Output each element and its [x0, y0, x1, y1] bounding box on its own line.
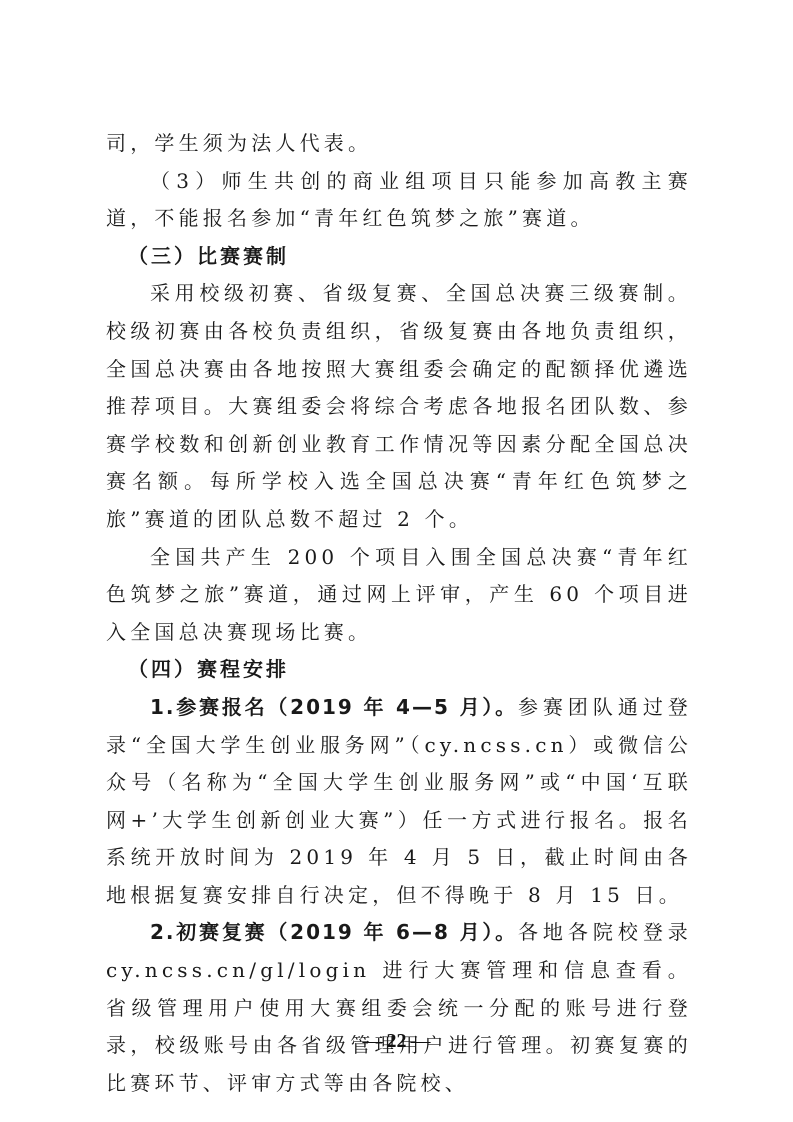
preliminary-text: 各地各院校登录 cy.ncss.cn/gl/login 进行大赛管理和信息查看。…: [106, 920, 692, 1094]
document-page: 司，学生须为法人代表。 （3）师生共创的商业组项目只能参加高教主赛道，不能报名参…: [0, 0, 793, 1122]
preliminary-label: 2.初赛复赛（2019 年 6—8 月）。: [150, 920, 518, 944]
page-dash-left: —: [363, 1030, 383, 1052]
page-number: —22—: [0, 1030, 793, 1053]
document-body: 司，学生须为法人代表。 （3）师生共创的商业组项目只能参加高教主赛道，不能报名参…: [106, 125, 692, 1102]
section-heading-competition-system: （三）比赛赛制: [106, 238, 692, 276]
paragraph-preliminary: 2.初赛复赛（2019 年 6—8 月）。各地各院校登录 cy.ncss.cn/…: [106, 914, 692, 1102]
registration-text: 参赛团队通过登录“全国大学生创业服务网”（cy.ncss.cn）或微信公众号（名…: [106, 695, 692, 907]
page-number-value: 22: [383, 1030, 411, 1052]
registration-label: 1.参赛报名（2019 年 4—5 月）。: [150, 695, 518, 719]
section-heading-schedule: （四）赛程安排: [106, 651, 692, 689]
paragraph-finalists: 全国共产生 200 个项目入围全国总决赛“青年红色筑梦之旅”赛道，通过网上评审，…: [106, 539, 692, 652]
paragraph-registration: 1.参赛报名（2019 年 4—5 月）。参赛团队通过登录“全国大学生创业服务网…: [106, 689, 692, 915]
paragraph-continuation: 司，学生须为法人代表。: [106, 125, 692, 163]
paragraph-item-3: （3）师生共创的商业组项目只能参加高教主赛道，不能报名参加“青年红色筑梦之旅”赛…: [106, 163, 692, 238]
page-dash-right: —: [411, 1030, 431, 1052]
paragraph-competition-system: 采用校级初赛、省级复赛、全国总决赛三级赛制。校级初赛由各校负责组织，省级复赛由各…: [106, 275, 692, 538]
